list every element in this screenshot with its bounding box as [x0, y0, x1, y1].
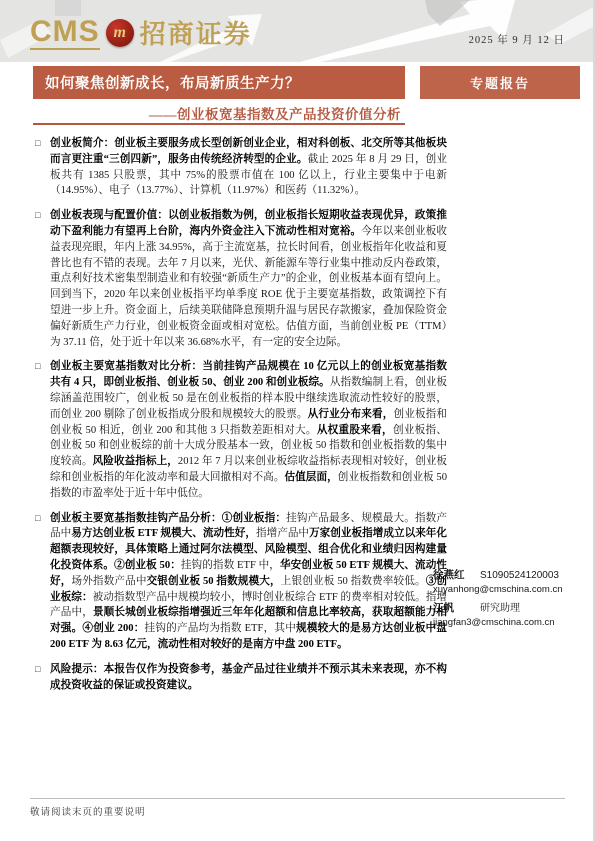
list-item: □风险提示：本报告仅作为投资参考，基金产品过往业绩并不预示其未来表现，亦不构成投… — [35, 662, 447, 694]
footer-divider — [30, 798, 565, 799]
cms-logo-text: CMS — [30, 16, 100, 50]
page-subtitle: ——创业板宽基指数及产品投资价值分析 — [33, 103, 401, 123]
analyst-row: 徐燕红 S1090524120003 — [433, 567, 589, 582]
paragraph-segment: 挂钩的指数 ETF 中， — [181, 560, 280, 571]
paragraph-segment: 估值层面， — [284, 472, 337, 483]
analyst-email: xuyanhong@cmschina.com.cn — [433, 584, 589, 595]
list-item: □创业板表现与配置价值：以创业板指数为例，创业板指长短期收益表现优异，政策推动下… — [35, 208, 447, 350]
paragraph-segment: 风险提示：本报告仅作为投资参考，基金产品过往业绩并不预示其未来表现，亦不构成投资… — [50, 664, 447, 691]
analyst-license-id: S1090524120003 — [480, 570, 559, 581]
analyst-title: 研究助理 — [480, 599, 520, 614]
report-date: 2025 年 9 月 12 日 — [469, 32, 565, 47]
bullet-square-icon: □ — [35, 136, 40, 152]
title-bar: 如何聚焦创新成长，布局新质生产力？ — [33, 66, 405, 99]
paragraph-segment: 上银创业板 50 指数费率较低。 — [281, 576, 426, 587]
paragraph-segment: 创业板主要宽基指数挂钩产品分析：①创业板指： — [50, 513, 286, 524]
paragraph-segment: 今年以来创业板收益表现亮眼，年内上涨 34.95%，高于主流宽基，拉长时间看，创… — [50, 226, 447, 348]
paragraph-segment: 风险收益指标上， — [93, 456, 178, 467]
header-band: CMS m 招商证券 2025 年 9 月 12 日 — [0, 0, 595, 62]
footer-note: 敬请阅读末页的重要说明 — [30, 804, 146, 818]
analyst-row: 江帆 研究助理 — [433, 599, 589, 615]
paragraph-segment: 场外指数产品中 — [71, 576, 146, 587]
summary-list: □创业板简介：创业板主要服务成长型创新创业企业，相对科创板、北交所等其他板块而言… — [35, 136, 447, 693]
report-type-badge: 专题报告 — [420, 66, 580, 99]
summary-column: □创业板简介：创业板主要服务成长型创新创业企业，相对科创板、北交所等其他板块而言… — [35, 136, 447, 702]
analyst-name: 江帆 — [433, 600, 480, 615]
list-item: □创业板主要宽基指数对比分析：当前挂钩产品规模在 10 亿元以上的创业板宽基指数… — [35, 359, 447, 501]
list-item: □创业板主要宽基指数挂钩产品分析：①创业板指：挂钩产品最多、规模最大。指数产品中… — [35, 511, 447, 653]
paragraph-segment: 易方达创业板 ETF 规模大、流动性好， — [71, 528, 256, 539]
analyst-name: 徐燕红 — [433, 567, 480, 582]
bullet-square-icon: □ — [35, 662, 40, 678]
paragraph-segment: 从权重股来看， — [317, 425, 393, 436]
subtitle-divider — [33, 123, 405, 125]
analyst-email: jiangfan3@cmschina.com.cn — [433, 617, 589, 628]
list-item: □创业板简介：创业板主要服务成长型创新创业企业，相对科创板、北交所等其他板块而言… — [35, 136, 447, 199]
paragraph-segment: 挂钩的产品均为指数 ETF，其中 — [145, 623, 296, 634]
bullet-square-icon: □ — [35, 511, 40, 527]
paragraph-segment: 从行业分布来看， — [308, 409, 394, 420]
cms-emblem-icon: m — [106, 19, 134, 47]
paragraph-segment: 交银创业板 50 指数规模大， — [147, 576, 281, 587]
page-title: 如何聚焦创新成长，布局新质生产力？ — [33, 72, 300, 93]
analyst-block: 徐燕红 S1090524120003 xuyanhong@cmschina.co… — [433, 566, 589, 632]
report-page: CMS m 招商证券 2025 年 9 月 12 日 如何聚焦创新成长，布局新质… — [0, 0, 595, 841]
bullet-square-icon: □ — [35, 208, 40, 224]
paragraph-segment: 指增产品中 — [256, 528, 309, 539]
bullet-square-icon: □ — [35, 359, 40, 375]
cms-logo: CMS m 招商证券 — [30, 14, 252, 51]
brand-name: 招商证券 — [140, 14, 252, 51]
